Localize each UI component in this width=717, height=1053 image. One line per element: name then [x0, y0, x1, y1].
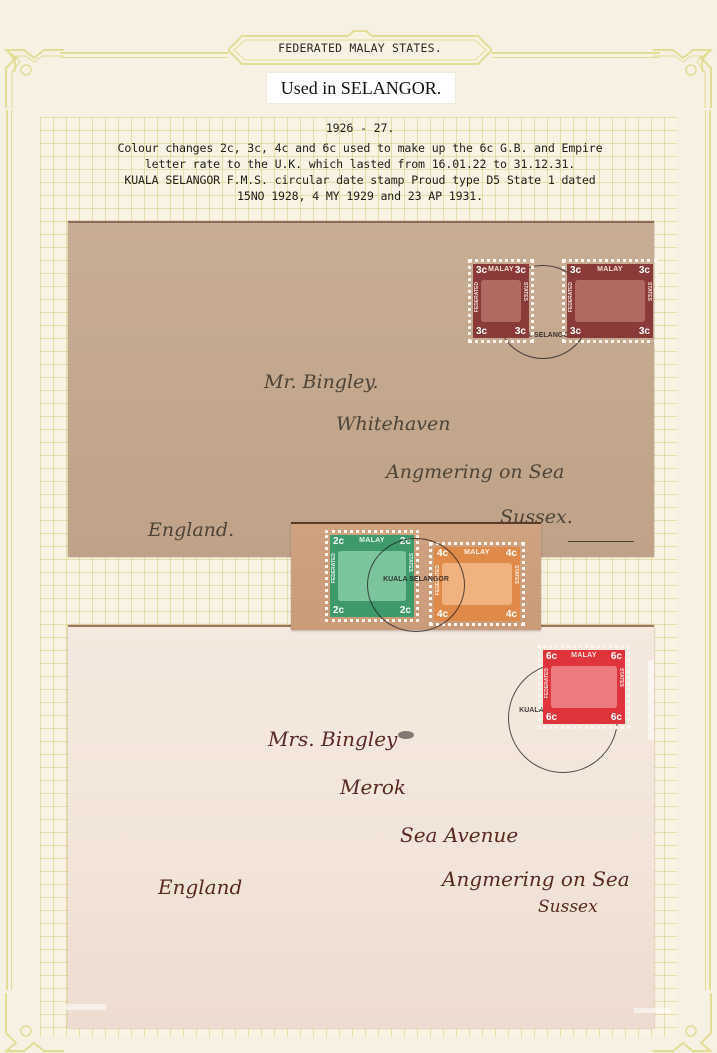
cover-envelope-2: Mrs. Bingley Merok Sea Avenue Angmering …: [68, 625, 654, 1028]
address-line: Merok: [340, 775, 406, 799]
album-page: FEDERATED MALAY STATES. Used in SELANGOR…: [0, 0, 717, 1053]
tiger-vignette-icon: [575, 280, 645, 322]
address-line: Mr. Bingley.: [264, 371, 379, 393]
description-line: 15NO 1928, 4 MY 1929 and 23 AP 1931.: [50, 188, 670, 204]
mount-corner: [634, 1008, 670, 1013]
border-left-line: [11, 110, 12, 990]
border-top-line: [492, 57, 660, 58]
country-line: England: [158, 875, 242, 899]
border-top-line: [60, 57, 228, 58]
address-line: Mrs. Bingley: [268, 727, 397, 751]
mount-corner: [66, 1004, 106, 1010]
stamp-3c: 3c 3c 3c 3c MALAY FEDERATED STATES: [468, 259, 534, 343]
cover-envelope-1: Mr. Bingley. Whitehaven Angmering on Sea…: [68, 221, 654, 557]
border-right-line: [709, 110, 711, 990]
country-line: England.: [148, 519, 234, 541]
border-top-line: [60, 52, 228, 54]
address-line: Whitehaven: [336, 413, 451, 435]
border-left-line: [6, 110, 8, 990]
postmark: KUALA SELANGOR: [367, 538, 465, 632]
description-line: letter rate to the U.K. which lasted fro…: [50, 156, 670, 172]
title-cartouche: FEDERATED MALAY STATES.: [228, 30, 492, 70]
address-line: Sussex: [538, 897, 598, 917]
border-top-line: [492, 52, 660, 54]
address-line: Sea Avenue: [400, 823, 518, 847]
stamp-6c: 6c 6c 6c 6c MALAY FEDERATED STATES: [538, 645, 630, 729]
date-range: 1926 - 27.: [50, 120, 670, 136]
description-block: 1926 - 27. Colour changes 2c, 3c, 4c and…: [50, 120, 670, 204]
page-heading: FEDERATED MALAY STATES.: [228, 41, 492, 55]
postmark-smudge: [398, 731, 414, 739]
tiger-vignette-icon: [481, 280, 521, 322]
postmark-text: KUALA SELANGOR: [368, 576, 464, 583]
selangor-label: Used in SELANGOR.: [267, 73, 455, 103]
description-line: Colour changes 2c, 3c, 4c and 6c used to…: [50, 140, 670, 156]
stamp-3c: 3c 3c 3c 3c MALAY FEDERATED STATES: [562, 259, 658, 343]
corner-ornament-icon: [653, 48, 713, 108]
address-line: Angmering on Sea: [442, 867, 630, 891]
stamp-piece: 2c 2c 2c 2c MALAY FEDERATED STATES 4c 4c…: [291, 522, 541, 630]
description-line: KUALA SELANGOR F.M.S. circular date stam…: [50, 172, 670, 188]
tiger-vignette-icon: [551, 666, 617, 708]
corner-ornament-icon: [4, 48, 64, 108]
mount-corner: [648, 660, 654, 740]
underline: [568, 541, 634, 542]
address-line: Angmering on Sea: [386, 461, 564, 483]
border-right-line: [705, 110, 706, 990]
